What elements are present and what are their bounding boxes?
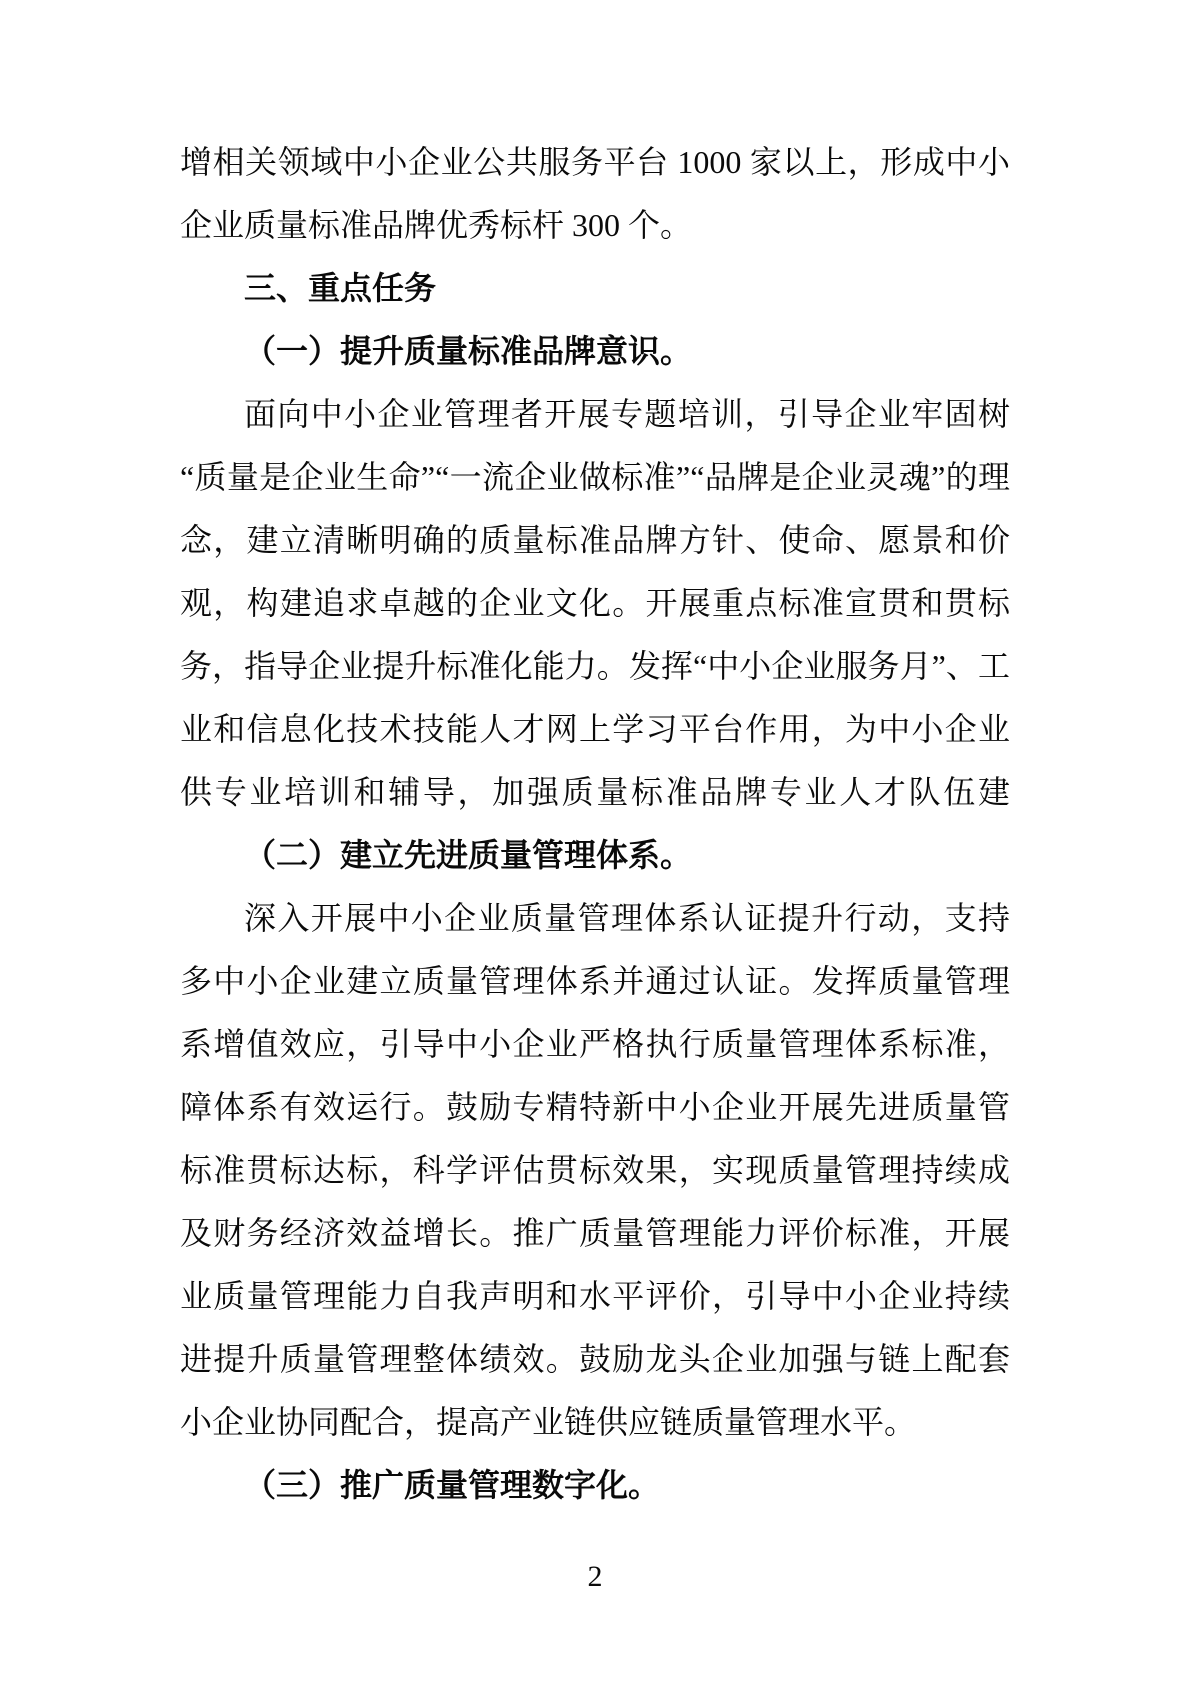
section-heading: 三、重点任务: [180, 257, 1010, 320]
text-line: 业质量管理能力自我声明和水平评价，引导中小企业持续改: [180, 1265, 1010, 1328]
text-line: 进提升质量管理整体绩效。鼓励龙头企业加强与链上配套中: [180, 1328, 1010, 1391]
text-line: 深入开展中小企业质量管理体系认证提升行动，支持更: [180, 887, 1010, 950]
subsection-heading-1: （一）提升质量标准品牌意识。: [180, 320, 1010, 383]
subsection-heading-3: （三）推广质量管理数字化。: [180, 1454, 1010, 1517]
text-line: 念，建立清晰明确的质量标准品牌方针、使命、愿景和价值: [180, 509, 1010, 572]
text-line: “质量是企业生命”“一流企业做标准”“品牌是企业灵魂”的理: [180, 446, 1010, 509]
text-line: 系增值效应，引导中小企业严格执行质量管理体系标准，保: [180, 1013, 1010, 1076]
text-line: 障体系有效运行。鼓励专精特新中小企业开展先进质量管理: [180, 1076, 1010, 1139]
text-line: 及财务经济效益增长。推广质量管理能力评价标准，开展企: [180, 1202, 1010, 1265]
text-line: 供专业培训和辅导，加强质量标准品牌专业人才队伍建设。: [180, 761, 1010, 824]
text-line: 业和信息化技术技能人才网上学习平台作用，为中小企业提: [180, 698, 1010, 761]
page-number: 2: [180, 1546, 1010, 1608]
text-line: 务，指导企业提升标准化能力。发挥“中小企业服务月”、工: [180, 635, 1010, 698]
text-line: 标准贯标达标，科学评估贯标效果，实现质量管理持续成功: [180, 1139, 1010, 1202]
text-line: 多中小企业建立质量管理体系并通过认证。发挥质量管理体: [180, 950, 1010, 1013]
text-line: 增相关领域中小企业公共服务平台 1000 家以上，形成中小: [180, 131, 1010, 194]
text-line: 企业质量标准品牌优秀标杆 300 个。: [180, 194, 1010, 257]
document-body: 增相关领域中小企业公共服务平台 1000 家以上，形成中小 企业质量标准品牌优秀…: [180, 131, 1010, 1517]
text-line: 面向中小企业管理者开展专题培训，引导企业牢固树立: [180, 383, 1010, 446]
subsection-heading-2: （二）建立先进质量管理体系。: [180, 824, 1010, 887]
text-line: 观，构建追求卓越的企业文化。开展重点标准宣贯和贯标服: [180, 572, 1010, 635]
text-line: 小企业协同配合，提高产业链供应链质量管理水平。: [180, 1391, 1010, 1454]
document-page: 增相关领域中小企业公共服务平台 1000 家以上，形成中小 企业质量标准品牌优秀…: [0, 0, 1190, 1683]
